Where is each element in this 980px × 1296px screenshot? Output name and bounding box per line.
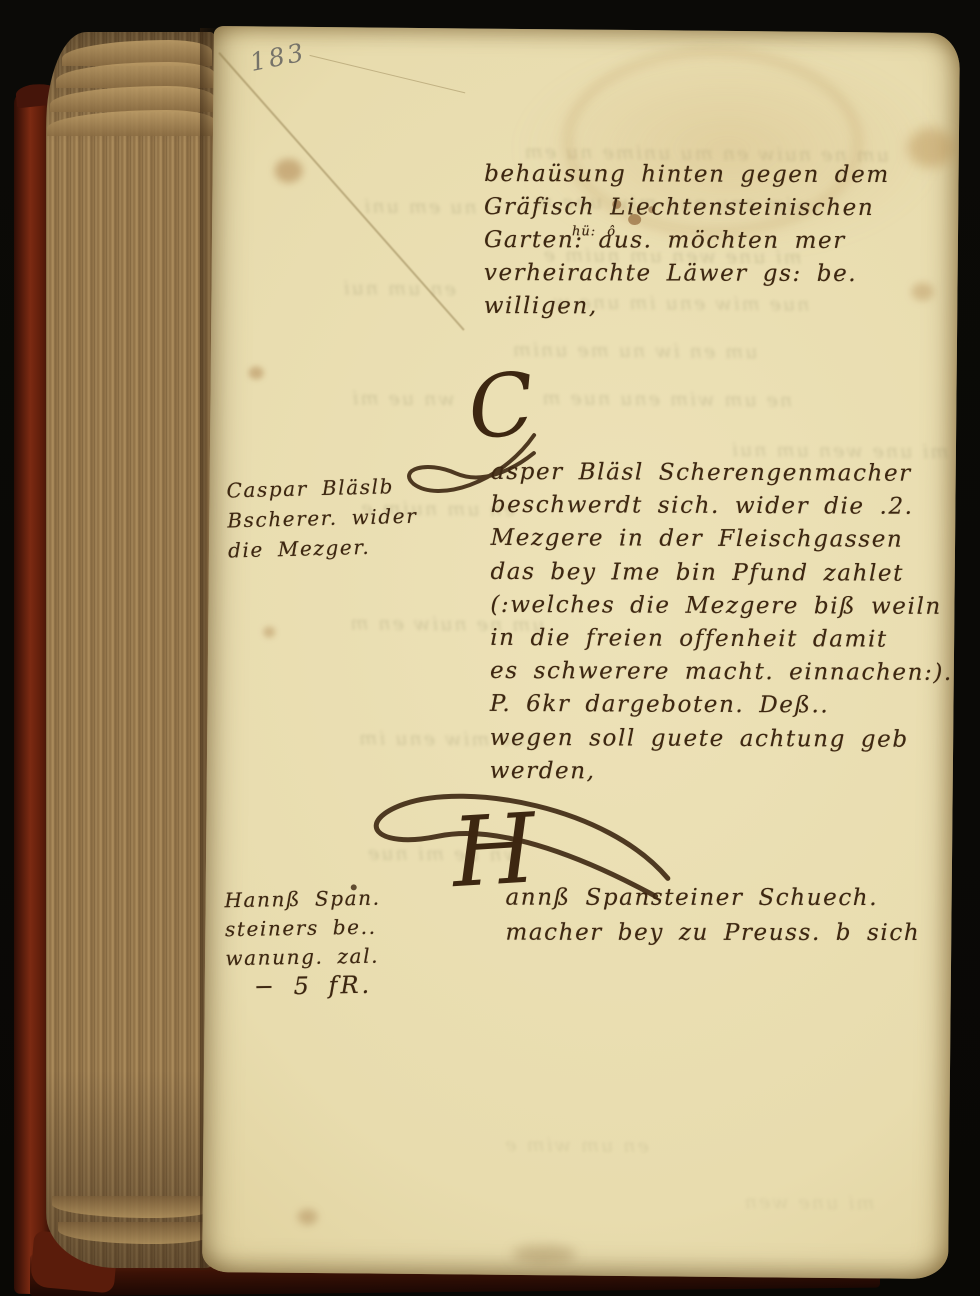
bleedthrough-texture: ne um wim enu nue m <box>540 387 792 411</box>
text-line: Caspar Bläslb <box>226 471 417 506</box>
text-line: Bscherer. wider <box>227 501 418 536</box>
bleedthrough-texture: mi une wen <box>743 1191 875 1214</box>
text-line: beschwerdt sich. wider die .2. <box>491 489 954 524</box>
stain-spot <box>297 1209 317 1225</box>
text-line: − 5 fR. <box>254 971 383 1002</box>
bleedthrough-texture: en um wim e <box>503 1134 649 1157</box>
text-line: willigen, <box>484 290 890 324</box>
stain-spot <box>512 1245 576 1264</box>
top-paragraph: behaüsung hinten gegen dem Gräfisch Liec… <box>484 158 890 324</box>
interline-note: hü: ô <box>572 215 616 248</box>
bleedthrough-texture: en um nui <box>341 277 456 300</box>
main-paragraph: asper Bläsl Scherengenmacher beschwerdt … <box>490 456 954 790</box>
upper-margin-note: Caspar Bläslb Bscherer. wider die Mezger… <box>226 471 418 566</box>
stain-spot <box>274 159 302 183</box>
page-edge-stack <box>46 32 216 1268</box>
text-line: wegen soll guete achtung geb <box>490 722 953 757</box>
stain-spot <box>263 627 275 638</box>
text-line: das bey Ime bin Pfund zahlet <box>490 556 953 591</box>
text-line: macher bey zu Preuss. b sich <box>505 916 920 951</box>
text-line: (:welches die Mezgere biß weiln <box>490 589 953 624</box>
stain-spot <box>908 128 954 168</box>
text-line: Hannß Span. <box>224 884 381 916</box>
text-line: Mezgere in der Fleischgassen <box>491 522 954 557</box>
book-spine-leather <box>14 90 50 1295</box>
bleedthrough-texture: nu em uni <box>362 195 477 218</box>
text-line: in die freien offenheit damit <box>490 622 953 657</box>
stain-spot <box>911 283 933 301</box>
stain-spot <box>249 366 264 379</box>
text-line: Garten: aus. möchten mer <box>484 224 890 258</box>
lower-margin-note: Hannß Span. steiners be.. wanung. zal. −… <box>224 884 382 1003</box>
page-corner-crease <box>309 55 465 93</box>
text-line: die Mezger. <box>228 531 419 566</box>
bleedthrough-texture: wn ue mi <box>350 387 454 410</box>
page-number: 183 <box>247 37 308 77</box>
manuscript-photo: um ne nuiw en mu unime nu em nu em uni w… <box>0 0 980 1296</box>
bleedthrough-texture: um en iw nu me unim <box>511 339 758 363</box>
text-line: Gräfisch Liechtensteinischen <box>484 191 890 225</box>
text-line: verheirachte Läwer gs: be. <box>484 257 890 291</box>
text-line: asper Bläsl Scherengenmacher <box>491 456 954 491</box>
text-line: steiners be.. <box>225 913 382 945</box>
manuscript-page: um ne nuiw en mu unime nu em nu em uni w… <box>202 26 960 1279</box>
text-line: behaüsung hinten gegen dem <box>484 158 890 192</box>
text-line: wanung. zal. <box>225 942 382 974</box>
text-line: P. 6kr dargeboten. Deß.. <box>490 688 953 723</box>
text-line: es schwerere macht. einnachen:). <box>490 655 953 690</box>
lower-paragraph: annß Spansteiner Schuech. macher bey zu … <box>505 881 920 951</box>
text-line: annß Spansteiner Schuech. <box>505 881 920 916</box>
